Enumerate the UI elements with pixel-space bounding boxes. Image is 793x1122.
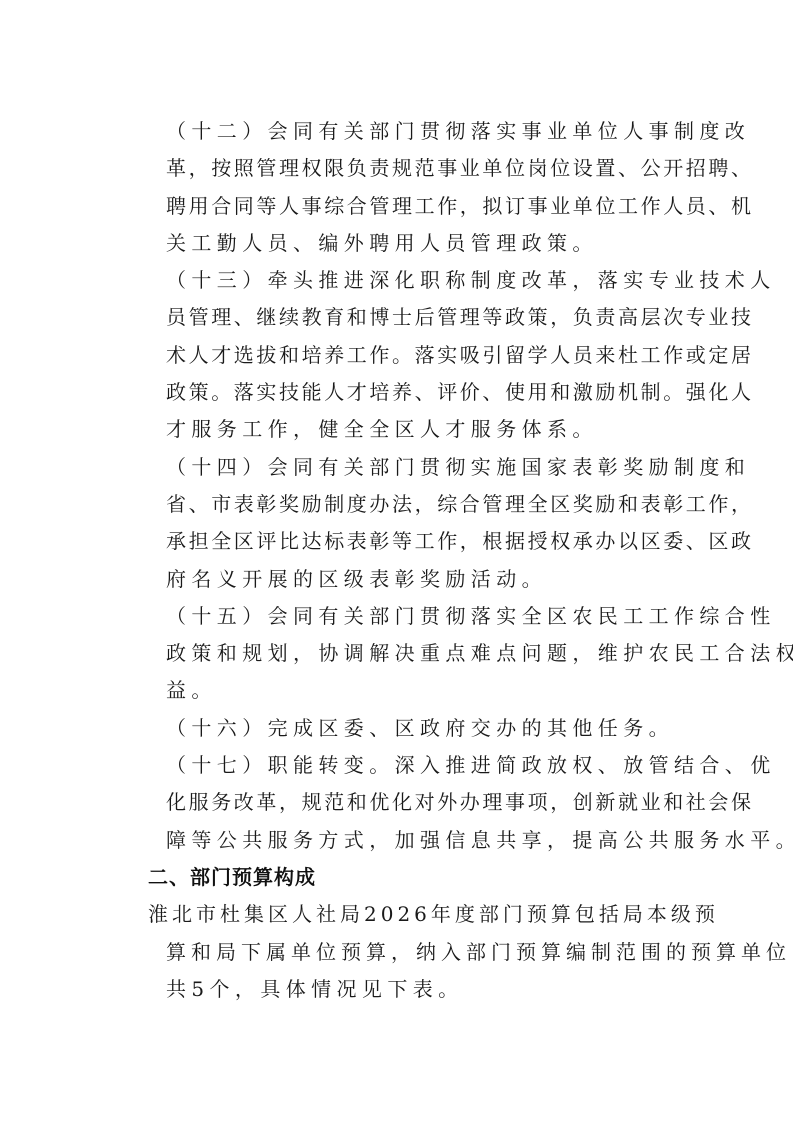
text-line: 关工勤人员、编外聘用人员管理政策。	[116, 225, 682, 262]
text-line: 员管理、继续教育和博士后管理等政策，负责高层次专业技	[116, 299, 682, 336]
text-line: 益。	[116, 672, 682, 709]
paragraph-item-16: （十六）完成区委、区政府交办的其他任务。	[116, 710, 682, 747]
text-line: 承担全区评比达标表彰等工作，根据授权承办以区委、区政	[116, 523, 682, 560]
text-line: （十二）会同有关部门贯彻落实事业单位人事制度改	[116, 113, 682, 150]
text-line: （十七）职能转变。深入推进简政放权、放管结合、优	[116, 747, 682, 784]
text-line: 化服务改革，规范和优化对外办理事项，创新就业和社会保	[116, 784, 682, 821]
text-line: 才服务工作，健全全区人才服务体系。	[116, 411, 682, 448]
text-line: 共5个，具体情况见下表。	[116, 971, 682, 1008]
paragraph-item-15: （十五）会同有关部门贯彻落实全区农民工工作综合性 政策和规划，协调解决重点难点问…	[116, 598, 682, 710]
text-line: （十三）牵头推进深化职称制度改革，落实专业技术人	[116, 262, 682, 299]
text-line: （十六）完成区委、区政府交办的其他任务。	[116, 710, 682, 747]
text-line: 算和局下属单位预算，纳入部门预算编制范围的预算单位	[116, 934, 682, 971]
text-line: （十四）会同有关部门贯彻实施国家表彰奖励制度和	[116, 449, 682, 486]
text-line: 府名义开展的区级表彰奖励活动。	[116, 561, 682, 598]
text-line: 省、市表彰奖励制度办法，综合管理全区奖励和表彰工作，	[116, 486, 682, 523]
document-page: （十二）会同有关部门贯彻落实事业单位人事制度改 革，按照管理权限负责规范事业单位…	[116, 113, 682, 1008]
section-heading-budget-composition: 二、部门预算构成	[116, 859, 682, 896]
paragraph-budget-composition: 淮北市杜集区人社局2026年度部门预算包括局本级预 算和局下属单位预算，纳入部门…	[116, 896, 682, 1008]
paragraph-item-14: （十四）会同有关部门贯彻实施国家表彰奖励制度和 省、市表彰奖励制度办法，综合管理…	[116, 449, 682, 598]
paragraph-item-17: （十七）职能转变。深入推进简政放权、放管结合、优 化服务改革，规范和优化对外办理…	[116, 747, 682, 859]
text-line: 障等公共服务方式，加强信息共享，提高公共服务水平。	[116, 822, 682, 859]
text-line: 政策和规划，协调解决重点难点问题，维护农民工合法权	[116, 635, 682, 672]
paragraph-item-13: （十三）牵头推进深化职称制度改革，落实专业技术人 员管理、继续教育和博士后管理等…	[116, 262, 682, 448]
text-line: 聘用合同等人事综合管理工作，拟订事业单位工作人员、机	[116, 188, 682, 225]
text-line: 淮北市杜集区人社局2026年度部门预算包括局本级预	[116, 896, 682, 933]
text-line: 政策。落实技能人才培养、评价、使用和激励机制。强化人	[116, 374, 682, 411]
paragraph-item-12: （十二）会同有关部门贯彻落实事业单位人事制度改 革，按照管理权限负责规范事业单位…	[116, 113, 682, 262]
text-line: （十五）会同有关部门贯彻落实全区农民工工作综合性	[116, 598, 682, 635]
text-line: 革，按照管理权限负责规范事业单位岗位设置、公开招聘、	[116, 150, 682, 187]
text-line: 术人才选拔和培养工作。落实吸引留学人员来杜工作或定居	[116, 337, 682, 374]
